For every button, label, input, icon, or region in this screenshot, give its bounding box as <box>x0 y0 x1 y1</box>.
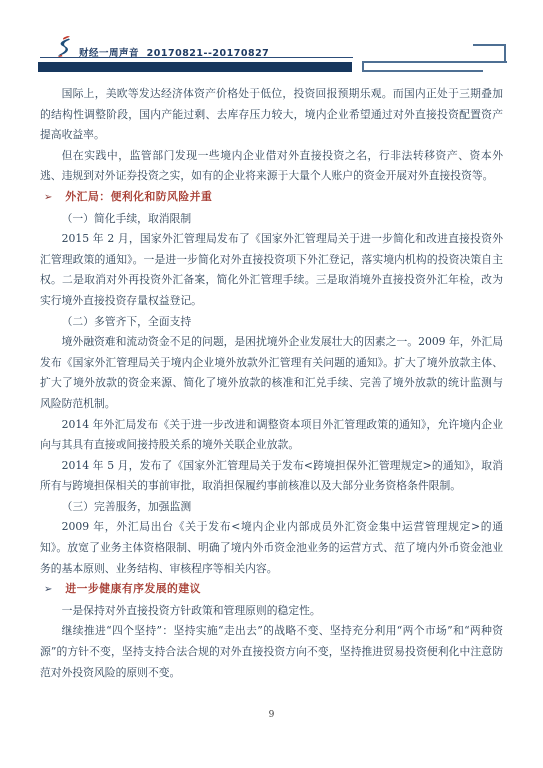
section-heading: ➢外汇局：便利化和防风险并重 <box>40 187 503 209</box>
paragraph: 国际上，美欧等发达经济体资产价格处于低位，投资回报预期乐观。而国内正处于三期叠加… <box>40 84 503 146</box>
paragraph: 2014 年 5 月，发布了《国家外汇管理局关于发布<跨境担保外汇管理规定>的通… <box>40 456 503 497</box>
decor-step-line <box>362 61 507 63</box>
paragraph: 境外融资难和流动资金不足的问题，是困扰境外企业发展壮大的因素之一。2009 年，… <box>40 332 503 414</box>
paragraph: 2014 年外汇局发布《关于进一步改进和调整资本项目外汇管理政策的通知》，允许境… <box>40 415 503 456</box>
sub-heading: （一）简化手续，取消限制 <box>40 209 503 230</box>
paragraph: 2015 年 2 月，国家外汇管理局发布了《国家外汇管理局关于进一步简化和改进直… <box>40 229 503 311</box>
paragraph: 但在实践中，监管部门发现一些境内企业借对外直接投资之名，行非法转移资产、资本外逃… <box>40 146 503 187</box>
header-navy-bar <box>38 62 352 72</box>
section-heading: ➢进一步健康有序发展的建议 <box>40 579 503 601</box>
paragraph: 2009 年，外汇局出台《关于发布<境内企业内部成员外汇资金集中运营管理规定>的… <box>40 517 503 579</box>
document-body: 国际上，美欧等发达经济体资产价格处于低位，投资回报预期乐观。而国内正处于三期叠加… <box>40 84 503 683</box>
paragraph: 继续推进“四个坚持”：坚持实施“走出去”的战略不变、坚持充分利用“两个市场”和“… <box>40 621 503 683</box>
sub-heading: （二）多管齐下，全面支持 <box>40 312 503 333</box>
arrow-bullet-icon: ➢ <box>44 580 52 601</box>
header-rule <box>40 57 353 58</box>
document-page: 财经一周声音 20170821--20170827 国际上，美欧等发达经济体资产… <box>0 0 543 768</box>
brand-logo-icon <box>54 35 74 58</box>
page-number: 9 <box>0 710 543 720</box>
arrow-bullet-icon: ➢ <box>44 188 52 209</box>
sub-heading: （三）完善服务，加强监测 <box>40 497 503 518</box>
section-heading-text: 进一步健康有序发展的建议 <box>65 582 201 595</box>
paragraph: 一是保持对外直接投资方针政策和管理原则的稳定性。 <box>40 601 503 622</box>
section-heading-text: 外汇局：便利化和防风险并重 <box>65 190 212 203</box>
decor-step-line <box>362 70 483 72</box>
